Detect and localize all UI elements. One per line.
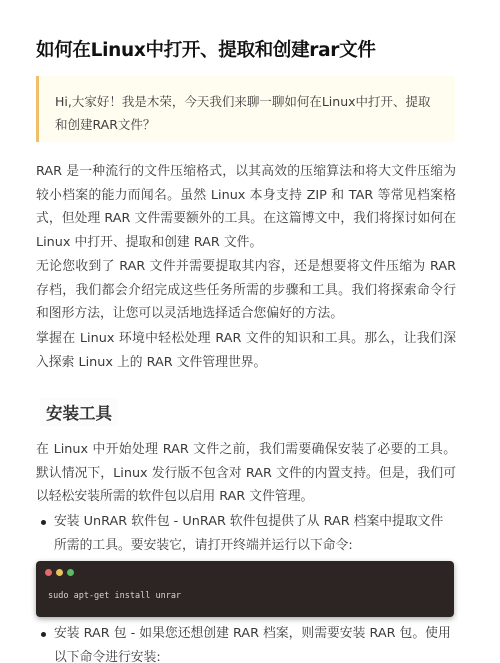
code-block: sudo apt-get install unrar: [36, 561, 454, 617]
paragraph-intro-3: 掌握在 Linux 环境中轻松处理 RAR 文件的知识和工具。那么，让我们深入探…: [36, 327, 456, 374]
list-item-text: 安装 RAR 包 - 如果您还想创建 RAR 档案，则需要安装 RAR 包。使用…: [36, 622, 456, 663]
maximize-dot-icon: [67, 569, 74, 576]
list-item-install-unrar: 安装 UnRAR 软件包 - UnRAR 软件包提供了从 RAR 档案中提取文件…: [36, 510, 456, 557]
bullet-icon: [41, 632, 46, 637]
bullet-icon: [41, 520, 46, 525]
section-heading-install-tools: 安装工具: [40, 398, 118, 426]
minimize-dot-icon: [56, 569, 63, 576]
list-item-install-rar: 安装 RAR 包 - 如果您还想创建 RAR 档案，则需要安装 RAR 包。使用…: [36, 622, 456, 663]
paragraph-intro-1: RAR 是一种流行的文件压缩格式，以其高效的压缩算法和将大文件压缩为较小档案的能…: [36, 160, 456, 254]
article-title: 如何在Linux中打开、提取和创建rar文件: [36, 36, 376, 62]
intro-quote-text: Hi,大家好！我是木荣，今天我们来聊一聊如何在Linux中打开、提取和创建RAR…: [55, 94, 431, 132]
close-dot-icon: [45, 569, 52, 576]
section-paragraph: 在 Linux 中开始处理 RAR 文件之前，我们需要确保安装了必要的工具。默认…: [36, 438, 456, 509]
intro-quote: Hi,大家好！我是木荣，今天我们来聊一聊如何在Linux中打开、提取和创建RAR…: [36, 76, 455, 142]
window-controls: [45, 569, 74, 576]
paragraph-intro-2: 无论您收到了 RAR 文件并需要提取其内容，还是想要将文件压缩为 RAR 存档，…: [36, 255, 456, 326]
list-item-text: 安装 UnRAR 软件包 - UnRAR 软件包提供了从 RAR 档案中提取文件…: [36, 510, 456, 557]
code-text[interactable]: sudo apt-get install unrar: [48, 591, 181, 601]
